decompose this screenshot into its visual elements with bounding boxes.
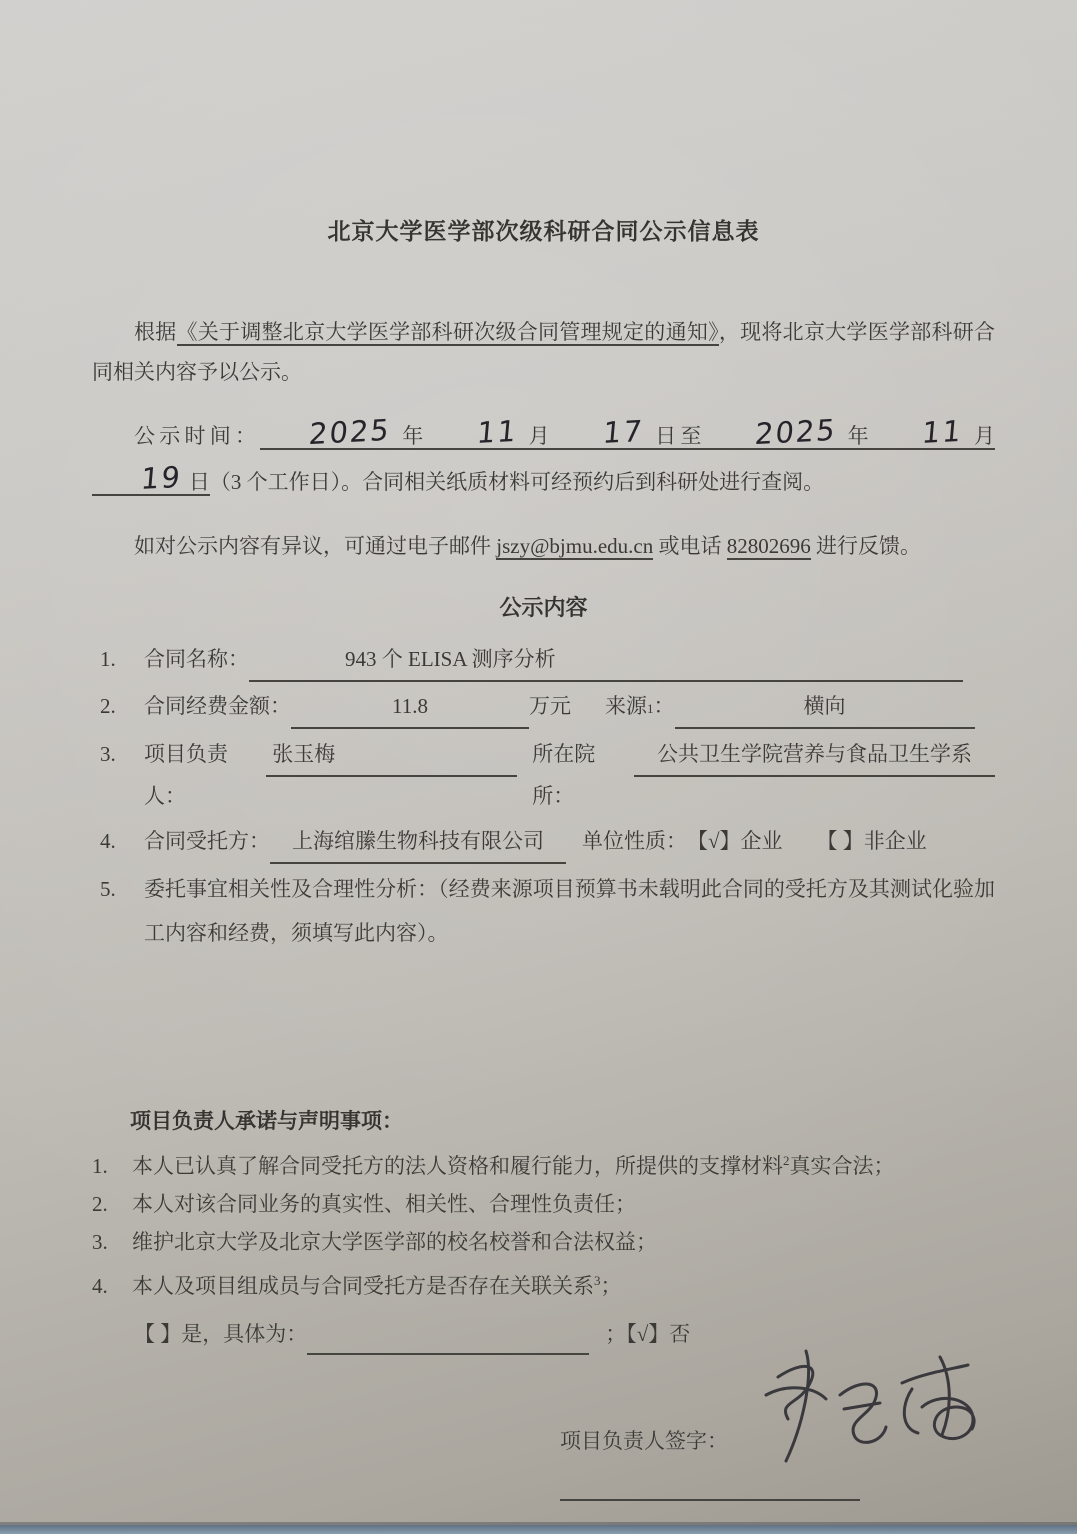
table-background [0, 1525, 1077, 1534]
enterprise-checkbox-checked: 【√】企业 [687, 820, 783, 862]
start-month-handwritten: 11 [427, 420, 526, 445]
item-number: 2. [92, 1186, 132, 1223]
item-number: 3. [92, 1224, 132, 1261]
amount-unit: 万元 [529, 685, 571, 727]
declaration-item: 3. 维护北京大学及北京大学医学部的校名校誉和合法权益； [92, 1224, 995, 1261]
declaration-item: 2. 本人对该合同业务的真实性、相关性、合理性负责任； [92, 1186, 995, 1223]
signature-line [560, 1469, 860, 1501]
item-number: 1. [92, 1148, 132, 1185]
paper-sheet: 北京大学医学部次级科研合同公示信息表 根据《关于调整北京大学医学部科研次级合同管… [0, 0, 1077, 1534]
relation-yes-option: 【 】是，具体为： [134, 1322, 307, 1346]
page-title: 北京大学医学部次级科研合同公示信息表 [92, 212, 995, 252]
declaration-section: 项目负责人承诺与声明事项： 1. 本人已认真了解合同受托方的法人资格和履行能力，… [92, 1101, 995, 1355]
department-value: 公共卫生学院营养与食品卫生学系 [634, 733, 995, 777]
intro-paragraph: 根据《关于调整北京大学医学部科研次级合同管理规定的通知》，现将北京大学医学部科研… [92, 312, 995, 392]
declaration-item: 4. 本人及项目组成员与合同受托方是否存在关联关系3； [92, 1262, 995, 1305]
non-enterprise-checkbox: 【 】非企业 [817, 820, 927, 862]
source-colon: ： [654, 685, 675, 727]
relevance-analysis-text: 委托事宜相关性及合理性分析：（经费来源项目预算书未载明此合同的受托方及其测试化验… [144, 867, 995, 955]
source-value: 横向 [675, 685, 975, 729]
feedback-suffix: 进行反馈。 [811, 534, 921, 558]
period-suffix: （3 个工作日）。合同相关纸质材料可经预约后到科研处进行查阅。 [210, 470, 824, 494]
relation-detail-blank [307, 1327, 589, 1355]
leader-label: 项目负责人： [144, 733, 266, 817]
signature-label: 项目负责人签字： [560, 1429, 728, 1453]
declaration-text: 本人及项目组成员与合同受托方是否存在关联关系3； [132, 1262, 622, 1305]
item-contract-amount: 2. 合同经费金额：11.8万元来源1：横向 [92, 685, 995, 730]
year-char: 年 [398, 424, 428, 448]
relation-separator: ； [605, 1322, 626, 1346]
contract-name-value: 943 个 ELISA 测序分析 [249, 638, 963, 682]
item-contractor: 4. 合同受托方：上海绾縢生物科技有限公司单位性质：【√】企业【 】非企业 [92, 820, 995, 864]
declaration-text: 本人已认真了解合同受托方的法人资格和履行能力，所提供的支撑材料2真实合法； [132, 1142, 895, 1185]
amount-label: 合同经费金额： [144, 685, 291, 727]
relation-checkbox-line: 【 】是，具体为：；【√】否 [92, 1313, 995, 1355]
year-char: 年 [843, 424, 873, 448]
notice-title-link: 《关于调整北京大学医学部科研次级合同管理规定的通知》 [177, 320, 719, 346]
amount-value: 11.8 [291, 685, 529, 729]
item-number: 1. [92, 638, 144, 680]
relation-no-option-checked: 【√】否 [626, 1322, 690, 1346]
contractor-label: 合同受托方： [144, 820, 270, 862]
document-photo: 北京大学医学部次级科研合同公示信息表 根据《关于调整北京大学医学部科研次级合同管… [0, 0, 1077, 1534]
publicity-period-line: 公示时间：2025年11月17日至2025年11月19日（3 个工作日）。合同相… [92, 413, 995, 505]
item-contract-name: 1. 合同名称：943 个 ELISA 测序分析 [92, 638, 995, 682]
item-number: 4. [92, 820, 144, 862]
declaration-item: 1. 本人已认真了解合同受托方的法人资格和履行能力，所提供的支撑材料2真实合法； [92, 1142, 995, 1185]
start-day-handwritten: 17 [553, 420, 652, 445]
declaration-text: 本人对该合同业务的真实性、相关性、合理性负责任； [132, 1186, 636, 1223]
feedback-line: 如对公示内容有异议，可通过电子邮件 jszy@bjmu.edu.cn 或电话 8… [92, 526, 995, 566]
declaration-text: 维护北京大学及北京大学医学部的校名校誉和合法权益； [132, 1224, 657, 1261]
day-to-char: 日至 [651, 424, 706, 448]
item-relevance-analysis: 5. 委托事宜相关性及合理性分析：（经费来源项目预算书未载明此合同的受托方及其测… [92, 867, 995, 955]
leader-value: 张玉梅 [266, 733, 516, 777]
entity-nature-label: 单位性质： [582, 820, 687, 862]
signature-row: 项目负责人签字： [92, 1421, 995, 1501]
feedback-phone: 82802696 [727, 534, 811, 560]
item-project-leader: 3. 项目负责人：张玉梅所在院所：公共卫生学院营养与食品卫生学系 [92, 733, 995, 817]
period-start-date: 2025年11月17日至 [260, 424, 705, 450]
content-items: 1. 合同名称：943 个 ELISA 测序分析 2. 合同经费金额：11.8万… [92, 638, 995, 955]
end-day-handwritten: 19 [91, 466, 190, 491]
start-year-handwritten: 2025 [259, 419, 398, 446]
item-number: 3. [92, 733, 144, 775]
declaration-heading: 项目负责人承诺与声明事项： [92, 1101, 995, 1141]
content-section-heading: 公示内容 [92, 588, 995, 628]
intro-prefix: 根据 [134, 320, 177, 344]
feedback-middle: 或电话 [653, 534, 727, 558]
source-label: 来源 [605, 685, 647, 727]
period-label: 公示时间： [134, 424, 260, 448]
contract-name-label: 合同名称： [144, 638, 249, 680]
day-char: 日 [189, 470, 210, 494]
item-number: 4. [92, 1268, 132, 1305]
end-month-handwritten: 11 [872, 420, 971, 445]
item-number: 5. [92, 868, 144, 910]
item-number: 2. [92, 685, 144, 727]
feedback-prefix: 如对公示内容有异议，可通过电子邮件 [134, 534, 496, 558]
feedback-email: jszy@bjmu.edu.cn [496, 534, 653, 560]
end-year-handwritten: 2025 [705, 419, 844, 446]
month-char: 月 [524, 424, 554, 448]
signature-handwriting [744, 1343, 1044, 1473]
department-label: 所在院所： [532, 733, 634, 817]
month-char: 月 [970, 424, 995, 448]
contractor-value: 上海绾縢生物科技有限公司 [270, 820, 566, 864]
